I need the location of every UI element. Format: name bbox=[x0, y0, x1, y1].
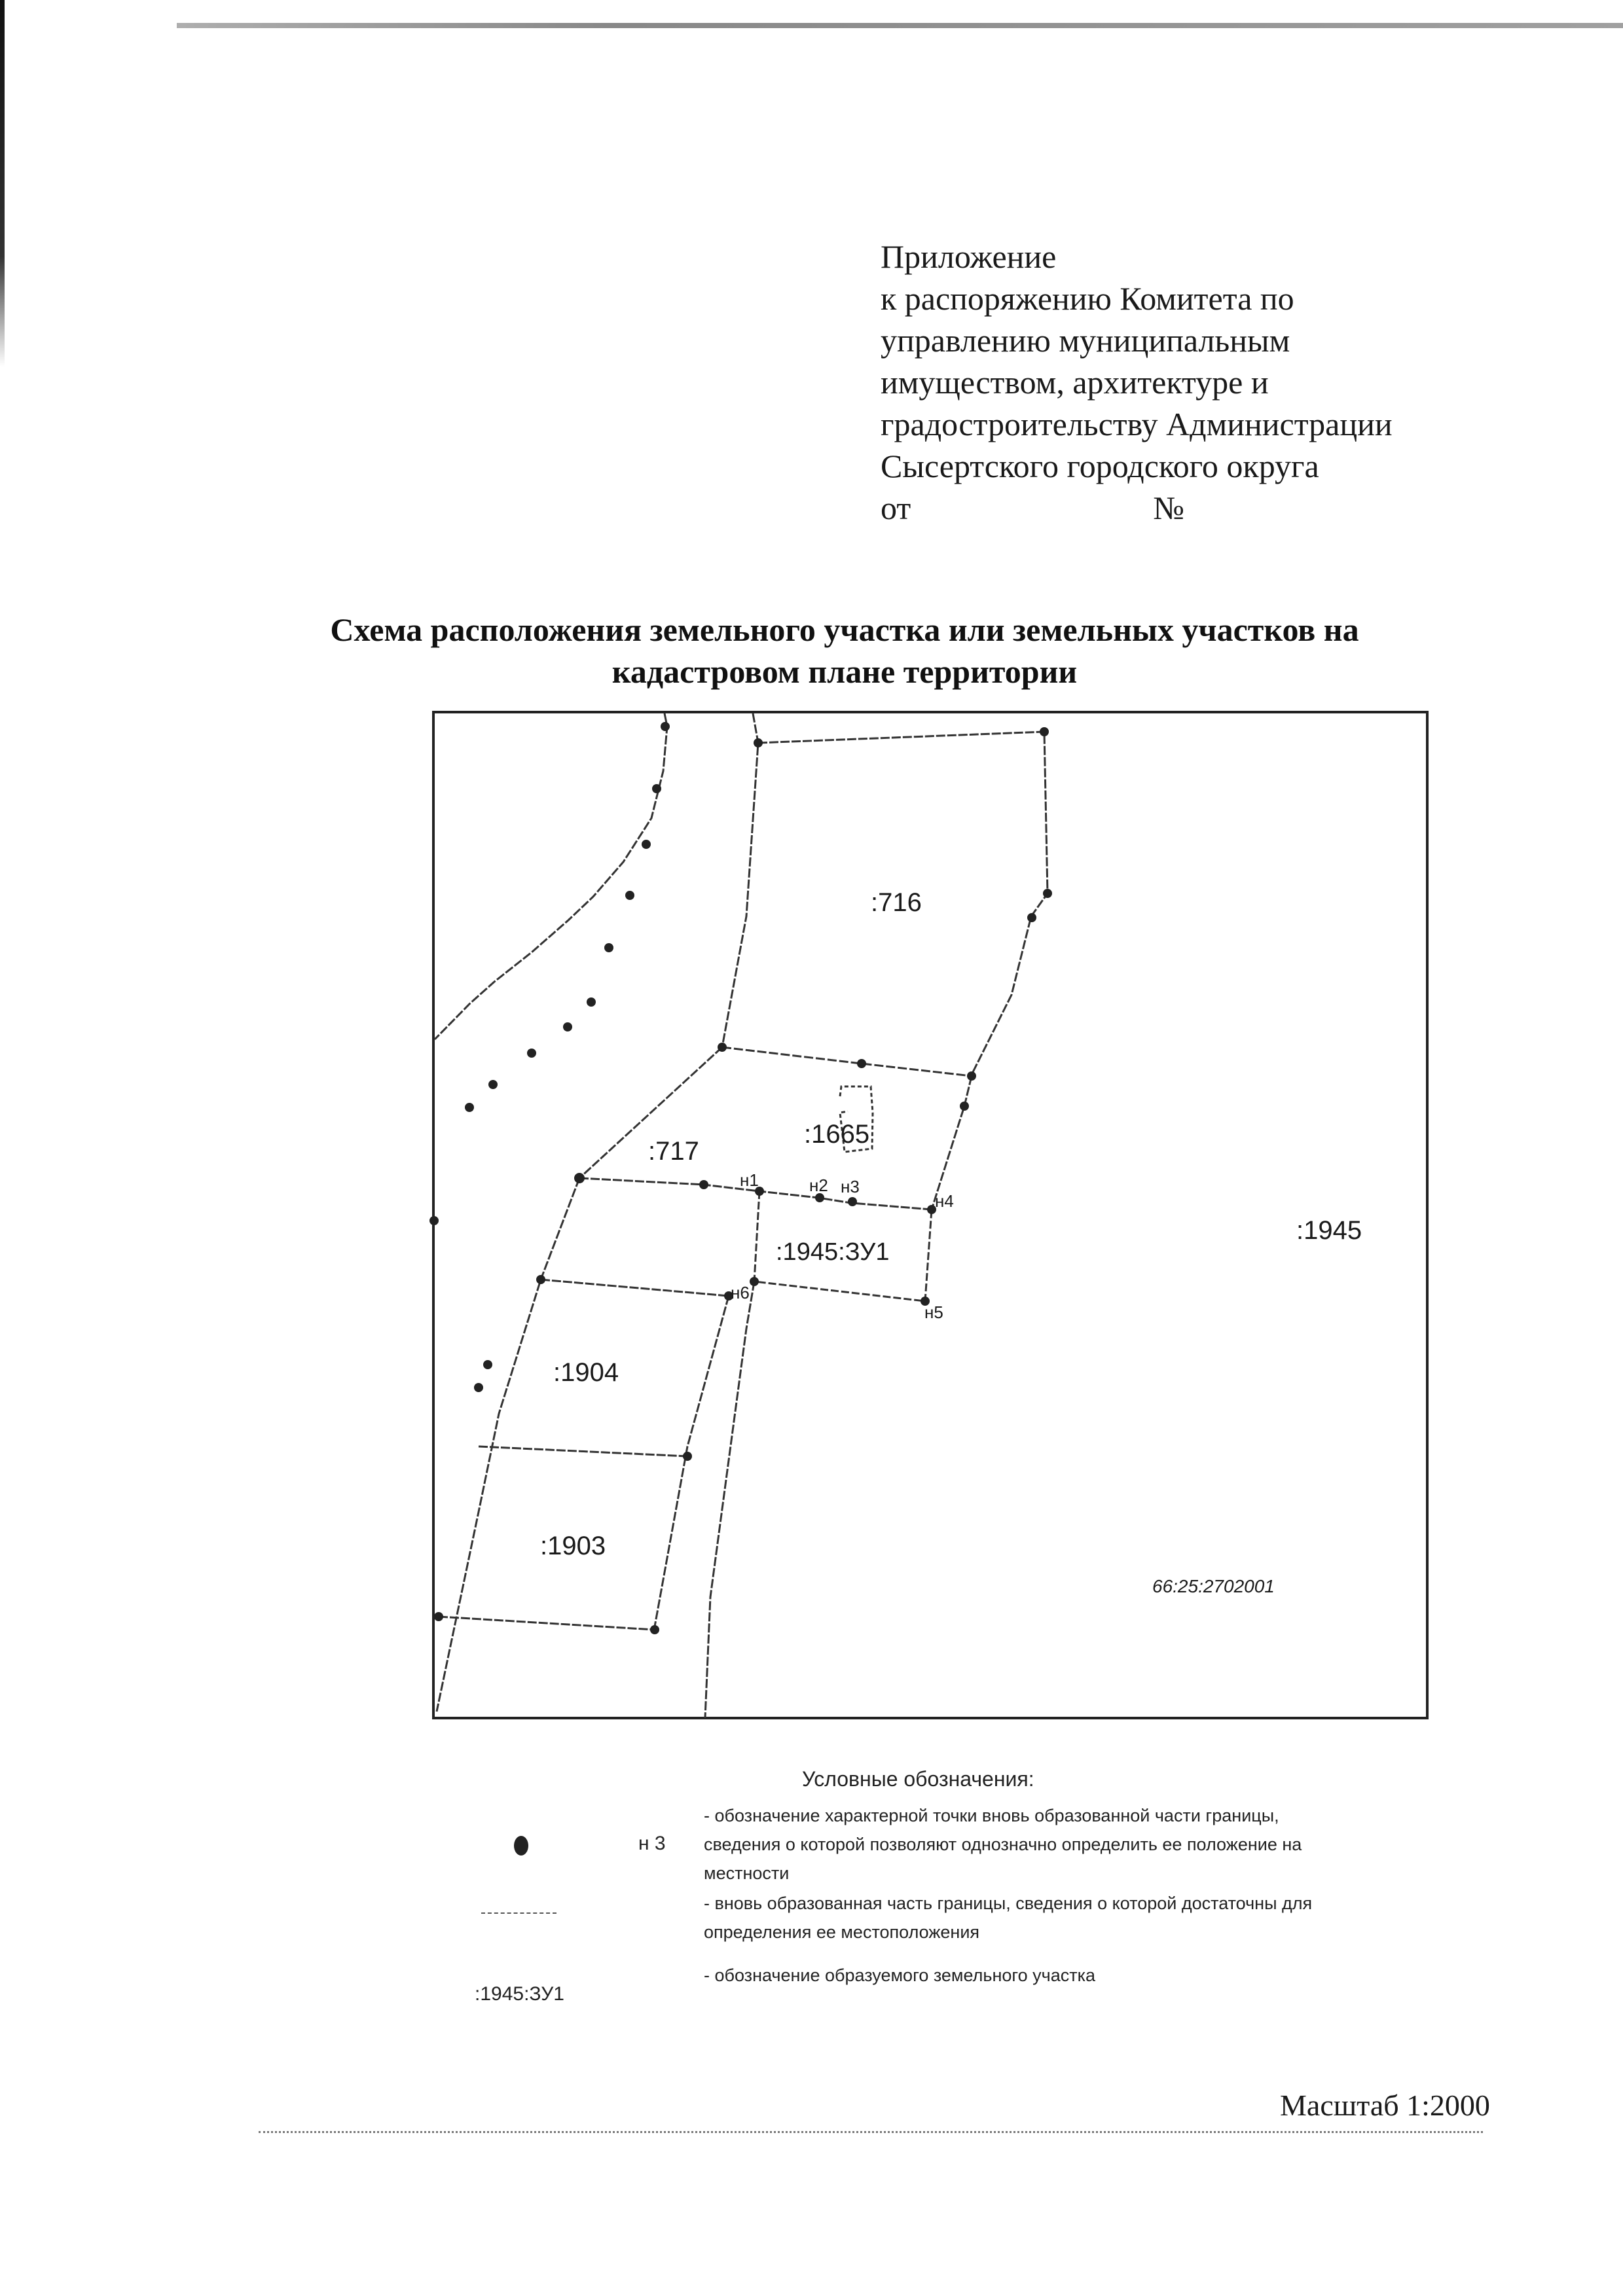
point-label-n6: н6 bbox=[731, 1283, 750, 1302]
parcel-1903-north bbox=[479, 1446, 687, 1456]
quarter-number: 66:25:2702001 bbox=[1152, 1576, 1275, 1596]
parcel-1903-south bbox=[439, 1617, 655, 1630]
legend-text: - обозначение образуемого земельного уча… bbox=[704, 1961, 1095, 1990]
bottom-rule bbox=[259, 2131, 1483, 2133]
dot-icon bbox=[514, 1836, 528, 1856]
parcel-1665-east bbox=[932, 1076, 972, 1210]
legend-title: Условные обозначения: bbox=[802, 1767, 1034, 1791]
legend-item-parcel: - обозначение образуемого земельного уча… bbox=[704, 1961, 1095, 1990]
parcel-1904-north bbox=[541, 1280, 729, 1296]
parcel-label-716: :716 bbox=[871, 888, 922, 917]
scale-label: Масштаб 1:2000 bbox=[1280, 2088, 1490, 2123]
cadastral-map: :716 :1665 :717 :1945:ЗУ1 :1945 :1904 :1… bbox=[0, 0, 1623, 2296]
dashed-line-icon bbox=[481, 1912, 556, 1914]
strip-west-boundary bbox=[437, 1178, 579, 1712]
parcel-label-1665: :1665 bbox=[804, 1120, 869, 1149]
legend-item-point: - обозначение характерной точки вновь об… bbox=[704, 1801, 1302, 1888]
legend-point-label: н 3 bbox=[638, 1833, 666, 1855]
point-label-n4: н4 bbox=[935, 1191, 954, 1211]
parcel-label-zu1: :1945:ЗУ1 bbox=[776, 1238, 889, 1266]
point-label-n2: н2 bbox=[809, 1175, 828, 1195]
road-east-boundary bbox=[705, 1282, 754, 1718]
legend-text: сведения о которой позволяют однозначно … bbox=[704, 1830, 1302, 1859]
parcel-label-1904: :1904 bbox=[553, 1358, 619, 1387]
parcel-1904-east bbox=[655, 1296, 729, 1626]
legend-text: определения ее местоположения bbox=[704, 1918, 1312, 1946]
legend-text: - вновь образованная часть границы, свед… bbox=[704, 1889, 1312, 1918]
road-left-boundary bbox=[435, 713, 667, 1039]
parcel-1665-north bbox=[722, 1047, 972, 1076]
point-label-n5: н5 bbox=[924, 1302, 943, 1322]
point-n3 bbox=[848, 1197, 857, 1206]
point-label-n3: н3 bbox=[841, 1177, 860, 1196]
parcel-label-717: :717 bbox=[648, 1137, 699, 1166]
legend-text: местности bbox=[704, 1859, 1302, 1888]
legend-item-boundary: - вновь образованная часть границы, свед… bbox=[704, 1889, 1312, 1946]
parcel-label-1945: :1945 bbox=[1296, 1216, 1362, 1245]
parcel-716-west bbox=[722, 713, 758, 1047]
parcel-label-1903: :1903 bbox=[540, 1532, 606, 1560]
point-label-n1: н1 bbox=[740, 1170, 759, 1190]
legend-parcel-code: :1945:ЗУ1 bbox=[475, 1983, 564, 2005]
legend-text: - обозначение характерной точки вновь об… bbox=[704, 1801, 1302, 1830]
